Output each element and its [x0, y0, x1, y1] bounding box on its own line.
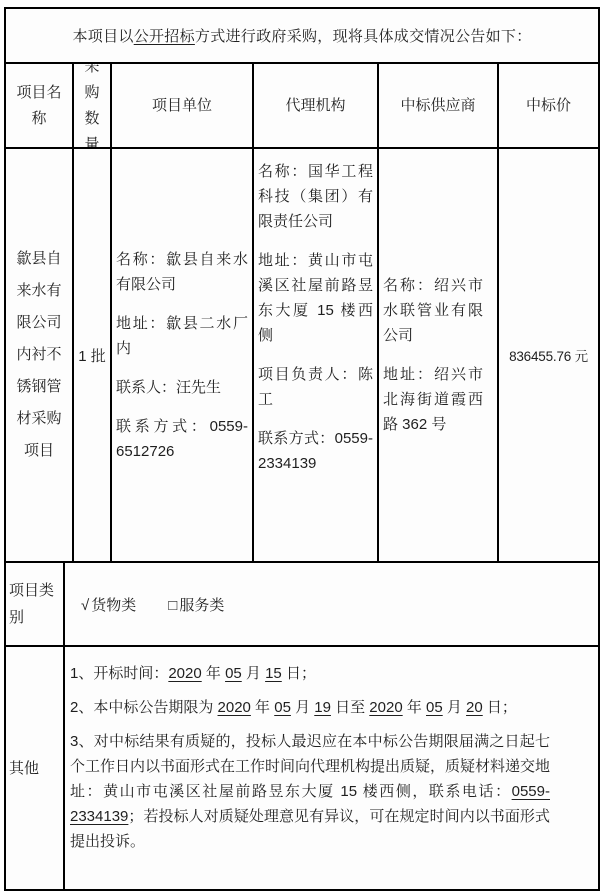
goods-option-label: 货物类 [91, 597, 136, 614]
detail-line: 地址：绍兴市北海街道霞西路 362 号 [383, 362, 483, 437]
text-segment: 年 [403, 699, 426, 716]
cell-project-unit: 名称：歙县自来水有限公司地址：歙县二水厂内联系人：汪先生联系方式：0559-65… [112, 149, 254, 561]
text-segment: 日； [282, 665, 316, 682]
text-segment: 本项目以 [72, 28, 133, 45]
text-segment: 月 [443, 699, 466, 716]
other-info-item: 1、开标时间：2020 年 05 月 15 日； [70, 661, 550, 686]
text-segment: 日； [483, 699, 517, 716]
cell-project-name: 歙县自来水有限公司内衬不锈钢管材采购项目 [6, 149, 74, 561]
project-category-row: 项目类别 √货物类 □服务类 [6, 563, 598, 647]
text-segment: 1、开标时间： [70, 665, 168, 682]
category-options: √货物类 □服务类 [65, 563, 598, 645]
text-segment: 日至 [331, 699, 369, 716]
header-quantity: 采购数量 [74, 64, 112, 147]
header-winning-price: 中标价 [499, 64, 598, 147]
other-info-row: 其他 1、开标时间：2020 年 05 月 15 日；2、本中标公告期限为 20… [6, 647, 598, 889]
detail-line: 名称：绍兴市水联管业有限公司 [383, 273, 483, 348]
other-row-label: 其他 [6, 647, 65, 889]
intro-banner-text: 本项目以公开招标方式进行政府采购，现将具体成交情况公告如下： [72, 25, 531, 46]
cell-supplier: 名称：绍兴市水联管业有限公司地址：绍兴市北海街道霞西路 362 号 [379, 149, 499, 561]
detail-line: 名称：歙县自来水有限公司 [116, 247, 248, 297]
goods-option: √货物类 [81, 594, 136, 615]
underlined-text: 05 [274, 699, 291, 716]
text-segment: 方式进行政府采购，现将具体成交情况公告如下： [195, 28, 532, 45]
other-info-items: 1、开标时间：2020 年 05 月 15 日；2、本中标公告期限为 2020 … [65, 647, 598, 889]
underlined-text: 公开招标 [134, 28, 195, 45]
procurement-announcement-table: 本项目以公开招标方式进行政府采购，现将具体成交情况公告如下： 项目名称 采购数量… [4, 7, 600, 891]
checked-mark-icon: √ [81, 597, 89, 614]
text-segment: 2、本中标公告期限为 [70, 699, 218, 716]
detail-line: 联系方式：0559-6512726 [116, 414, 248, 464]
text-segment: 月 [291, 699, 314, 716]
detail-line: 项目负责人：陈工 [258, 362, 373, 412]
other-info-item: 3、对中标结果有质疑的，投标人最迟应在本中标公告期限届满之日起七个工作日内以书面… [70, 729, 550, 854]
empty-checkbox-icon: □ [168, 597, 177, 614]
cell-agency: 名称：国华工程科技（集团）有限责任公司地址：黄山市屯溪区社屋前路昱东大厦 15 … [254, 149, 379, 561]
table-header-row: 项目名称 采购数量 项目单位 代理机构 中标供应商 中标价 [6, 64, 598, 149]
detail-line: 地址：黄山市屯溪区社屋前路昱东大厦 15 楼西侧 [258, 248, 373, 348]
detail-line: 名称：国华工程科技（集团）有限责任公司 [258, 159, 373, 234]
table-data-row: 歙县自来水有限公司内衬不锈钢管材采购项目 1 批 名称：歙县自来水有限公司地址：… [6, 149, 598, 563]
text-segment: 年 [251, 699, 274, 716]
intro-banner-row: 本项目以公开招标方式进行政府采购，现将具体成交情况公告如下： [6, 9, 598, 64]
winning-price-value: 836455.76 元 [509, 345, 588, 365]
underlined-text: 05 [225, 665, 242, 682]
header-project-name: 项目名称 [6, 64, 74, 147]
text-segment: ；若投标人对质疑处理意见有异议，可在规定时间内以书面形式提出投诉。 [70, 808, 550, 850]
category-row-label: 项目类别 [6, 563, 65, 645]
detail-line: 联系人：汪先生 [116, 375, 248, 400]
quantity-text: 1 批 [78, 345, 106, 366]
services-option: □服务类 [168, 594, 224, 615]
project-name-text: 歙县自来水有限公司内衬不锈钢管材采购项目 [6, 243, 72, 467]
text-segment: 年 [202, 665, 225, 682]
underlined-text: 20 [466, 699, 483, 716]
cell-quantity: 1 批 [74, 149, 112, 561]
detail-line: 联系方式：0559-2334139 [258, 426, 373, 476]
text-segment: 月 [242, 665, 265, 682]
other-info-item: 2、本中标公告期限为 2020 年 05 月 19 日至 2020 年 05 月… [70, 695, 550, 720]
services-option-label: 服务类 [179, 597, 224, 614]
underlined-text: 05 [426, 699, 443, 716]
detail-line: 地址：歙县二水厂内 [116, 311, 248, 361]
header-winning-supplier: 中标供应商 [379, 64, 499, 147]
underlined-text: 2020 [168, 665, 201, 682]
underlined-text: 15 [265, 665, 282, 682]
text-segment: 3、对中标结果有质疑的，投标人最迟应在本中标公告期限届满之日起七个工作日内以书面… [70, 733, 550, 800]
underlined-text: 19 [314, 699, 331, 716]
cell-winning-price: 836455.76 元 [499, 149, 598, 561]
header-project-unit: 项目单位 [112, 64, 254, 147]
underlined-text: 2020 [218, 699, 251, 716]
underlined-text: 2020 [369, 699, 402, 716]
header-agency: 代理机构 [254, 64, 379, 147]
